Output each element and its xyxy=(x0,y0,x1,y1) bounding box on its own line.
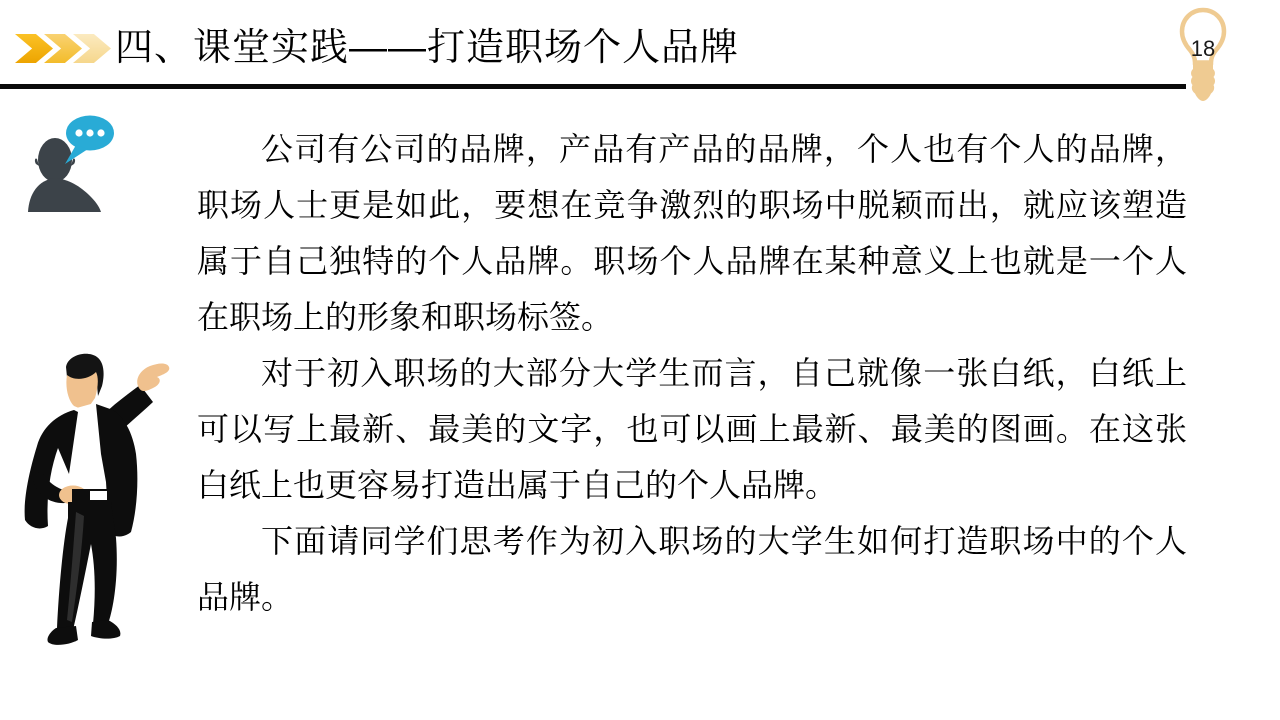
paragraph: 公司有公司的品牌，产品有产品的品牌，个人也有个人的品牌，职场人士更是如此，要想在… xyxy=(197,121,1187,345)
page-number: 18 xyxy=(1177,36,1229,62)
presentation-slide: 四、课堂实践——打造职场个人品牌 18 公司有公司的品牌，产品有产品的品牌，个人… xyxy=(0,0,1280,720)
header-divider-line xyxy=(0,84,1186,89)
slide-body-text: 公司有公司的品牌，产品有产品的品牌，个人也有个人的品牌，职场人士更是如此，要想在… xyxy=(197,121,1187,625)
page-number-badge: 18 xyxy=(1177,6,1229,104)
businessman-illustration xyxy=(8,352,172,652)
speaker-speech-bubble-icon xyxy=(28,112,120,212)
header-chevron-arrows-icon xyxy=(15,34,102,63)
chevron-icon xyxy=(15,34,53,63)
paragraph: 下面请同学们思考作为初入职场的大学生如何打造职场中的个人品牌。 xyxy=(197,513,1187,625)
paragraph: 对于初入职场的大部分大学生而言，自己就像一张白纸，白纸上可以写上最新、最美的文字… xyxy=(197,345,1187,513)
slide-title: 四、课堂实践——打造职场个人品牌 xyxy=(115,28,739,68)
